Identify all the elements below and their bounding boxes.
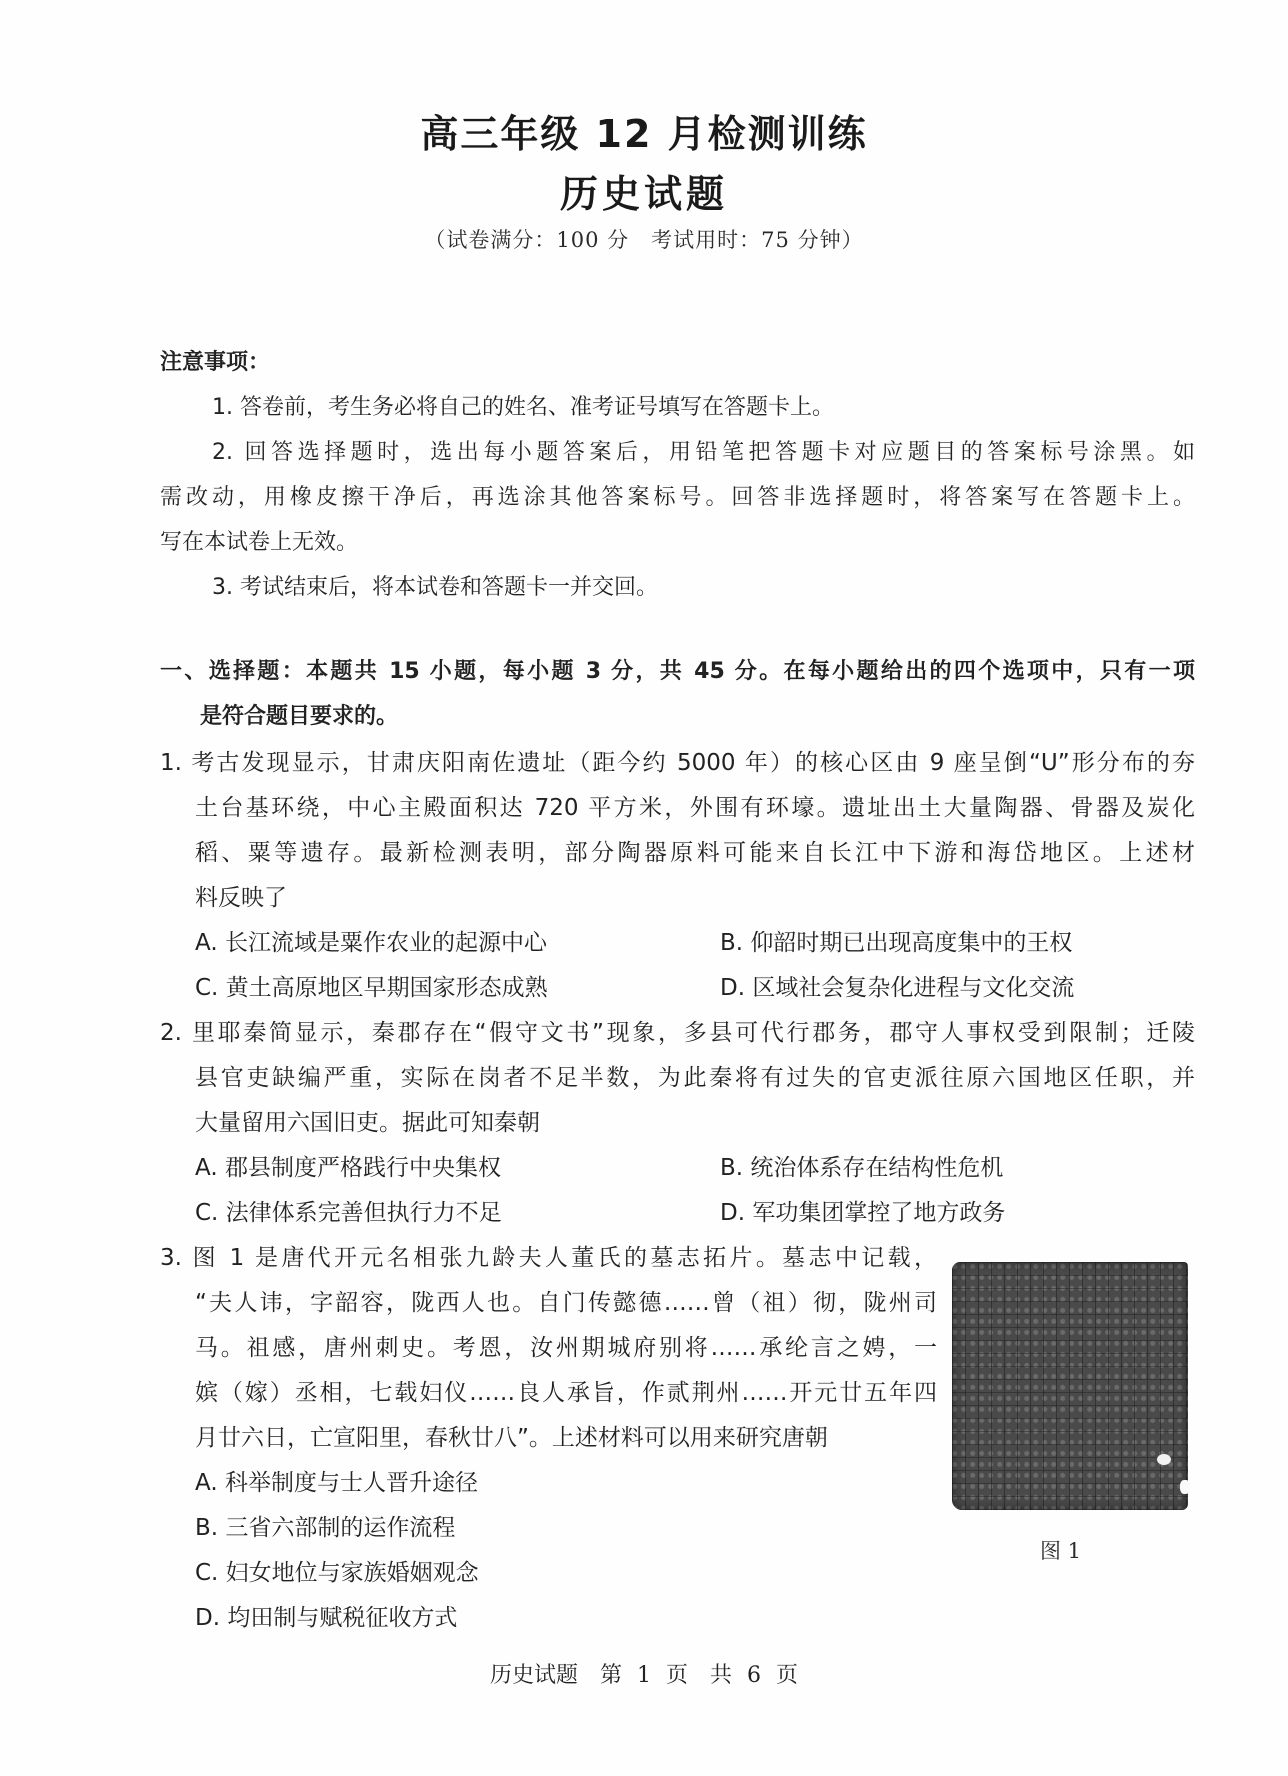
- question-3-option-b: B. 三省六部制的运作流程: [195, 1513, 455, 1543]
- question-2-option-c: C. 法律体系完善但执行力不足: [195, 1198, 502, 1228]
- question-2-stem-line: 县官吏缺编严重，实际在岗者不足半数，为此秦将有过失的官吏派往原六国地区任职，并: [195, 1063, 1195, 1093]
- section-heading-line-1: 一、选择题：本题共 15 小题，每小题 3 分，共 45 分。在每小题给出的四个…: [160, 657, 1195, 687]
- question-3-stem-line: 3. 图 1 是唐代开元名相张九龄夫人董氏的墓志拓片。墓志中记载，: [160, 1243, 937, 1273]
- question-1-option-d: D. 区域社会复杂化进程与文化交流: [720, 973, 1074, 1003]
- question-1-stem-line: 料反映了: [195, 883, 287, 913]
- question-2-stem-line: 大量留用六国旧吏。据此可知秦朝: [195, 1108, 540, 1138]
- question-3-stem-line: 马。祖感，唐州刺史。考恩，汝州期城府别将……承纶言之娉，一: [195, 1333, 937, 1363]
- notice-item-2-line-1: 2. 回答选择题时，选出每小题答案后，用铅笔把答题卡对应题目的答案标号涂黑。如: [212, 438, 1195, 468]
- notice-item-2-line-3: 写在本试卷上无效。: [160, 528, 358, 558]
- epitaph-rubbing-image: [952, 1262, 1188, 1510]
- question-2-option-a: A. 郡县制度严格践行中央集权: [195, 1153, 501, 1183]
- question-1-stem-line: 1. 考古发现显示，甘肃庆阳南佐遗址（距今约 5000 年）的核心区由 9 座呈…: [160, 748, 1195, 778]
- question-3-option-a: A. 科举制度与士人晋升途径: [195, 1468, 478, 1498]
- exam-info: （试卷满分：100 分 考试用时：75 分钟）: [0, 224, 1288, 254]
- question-1-option-c: C. 黄土高原地区早期国家形态成熟: [195, 973, 548, 1003]
- question-3-stem-line: 嫔（嫁）丞相，七载妇仪……良人承旨，作贰荆州……开元廿五年四: [195, 1378, 937, 1408]
- question-1-option-a: A. 长江流域是粟作农业的起源中心: [195, 928, 547, 958]
- question-2-stem-line: 2. 里耶秦简显示，秦郡存在“假守文书”现象，多县可代行郡务，郡守人事权受到限制…: [160, 1018, 1195, 1048]
- question-1-option-b: B. 仰韶时期已出现高度集中的王权: [720, 928, 1072, 958]
- exam-subject-title: 历史试题: [0, 163, 1288, 218]
- question-3-option-d: D. 均田制与赋税征收方式: [195, 1603, 457, 1633]
- exam-title: 高三年级 12 月检测训练: [0, 103, 1288, 158]
- notice-item-3: 3. 考试结束后，将本试卷和答题卡一并交回。: [212, 573, 658, 603]
- notice-item-1: 1. 答卷前，考生务必将自己的姓名、准考证号填写在答题卡上。: [212, 393, 834, 423]
- image-blemish: [1180, 1480, 1190, 1494]
- exam-page: 高三年级 12 月检测训练 历史试题 （试卷满分：100 分 考试用时：75 分…: [0, 0, 1288, 1776]
- question-3-stem-line: 月廿六日，亡宣阳里，春秋廿八”。上述材料可以用来研究唐朝: [195, 1423, 828, 1453]
- figure-caption: 图 1: [1040, 1535, 1081, 1565]
- question-1-stem-line: 土台基环绕，中心主殿面积达 720 平方米，外围有环壕。遗址出土大量陶器、骨器及…: [195, 793, 1195, 823]
- question-2-option-d: D. 军功集团掌控了地方政务: [720, 1198, 1005, 1228]
- section-heading-line-2: 是符合题目要求的。: [200, 702, 398, 732]
- notice-heading: 注意事项：: [160, 348, 270, 378]
- image-blemish: [1157, 1454, 1171, 1465]
- question-2-option-b: B. 统治体系存在结构性危机: [720, 1153, 1003, 1183]
- question-1-stem-line: 稻、粟等遗存。最新检测表明，部分陶器原料可能来自长江中下游和海岱地区。上述材: [195, 838, 1195, 868]
- notice-item-2-line-2: 需改动，用橡皮擦干净后，再选涂其他答案标号。回答非选择题时，将答案写在答题卡上。: [160, 483, 1195, 513]
- question-3-option-c: C. 妇女地位与家族婚姻观念: [195, 1558, 479, 1588]
- page-footer: 历史试题 第 1 页 共 6 页: [0, 1658, 1288, 1689]
- question-3-stem-line: “夫人讳，字韶容，陇西人也。自门传懿德……曾（祖）彻，陇州司: [195, 1288, 937, 1318]
